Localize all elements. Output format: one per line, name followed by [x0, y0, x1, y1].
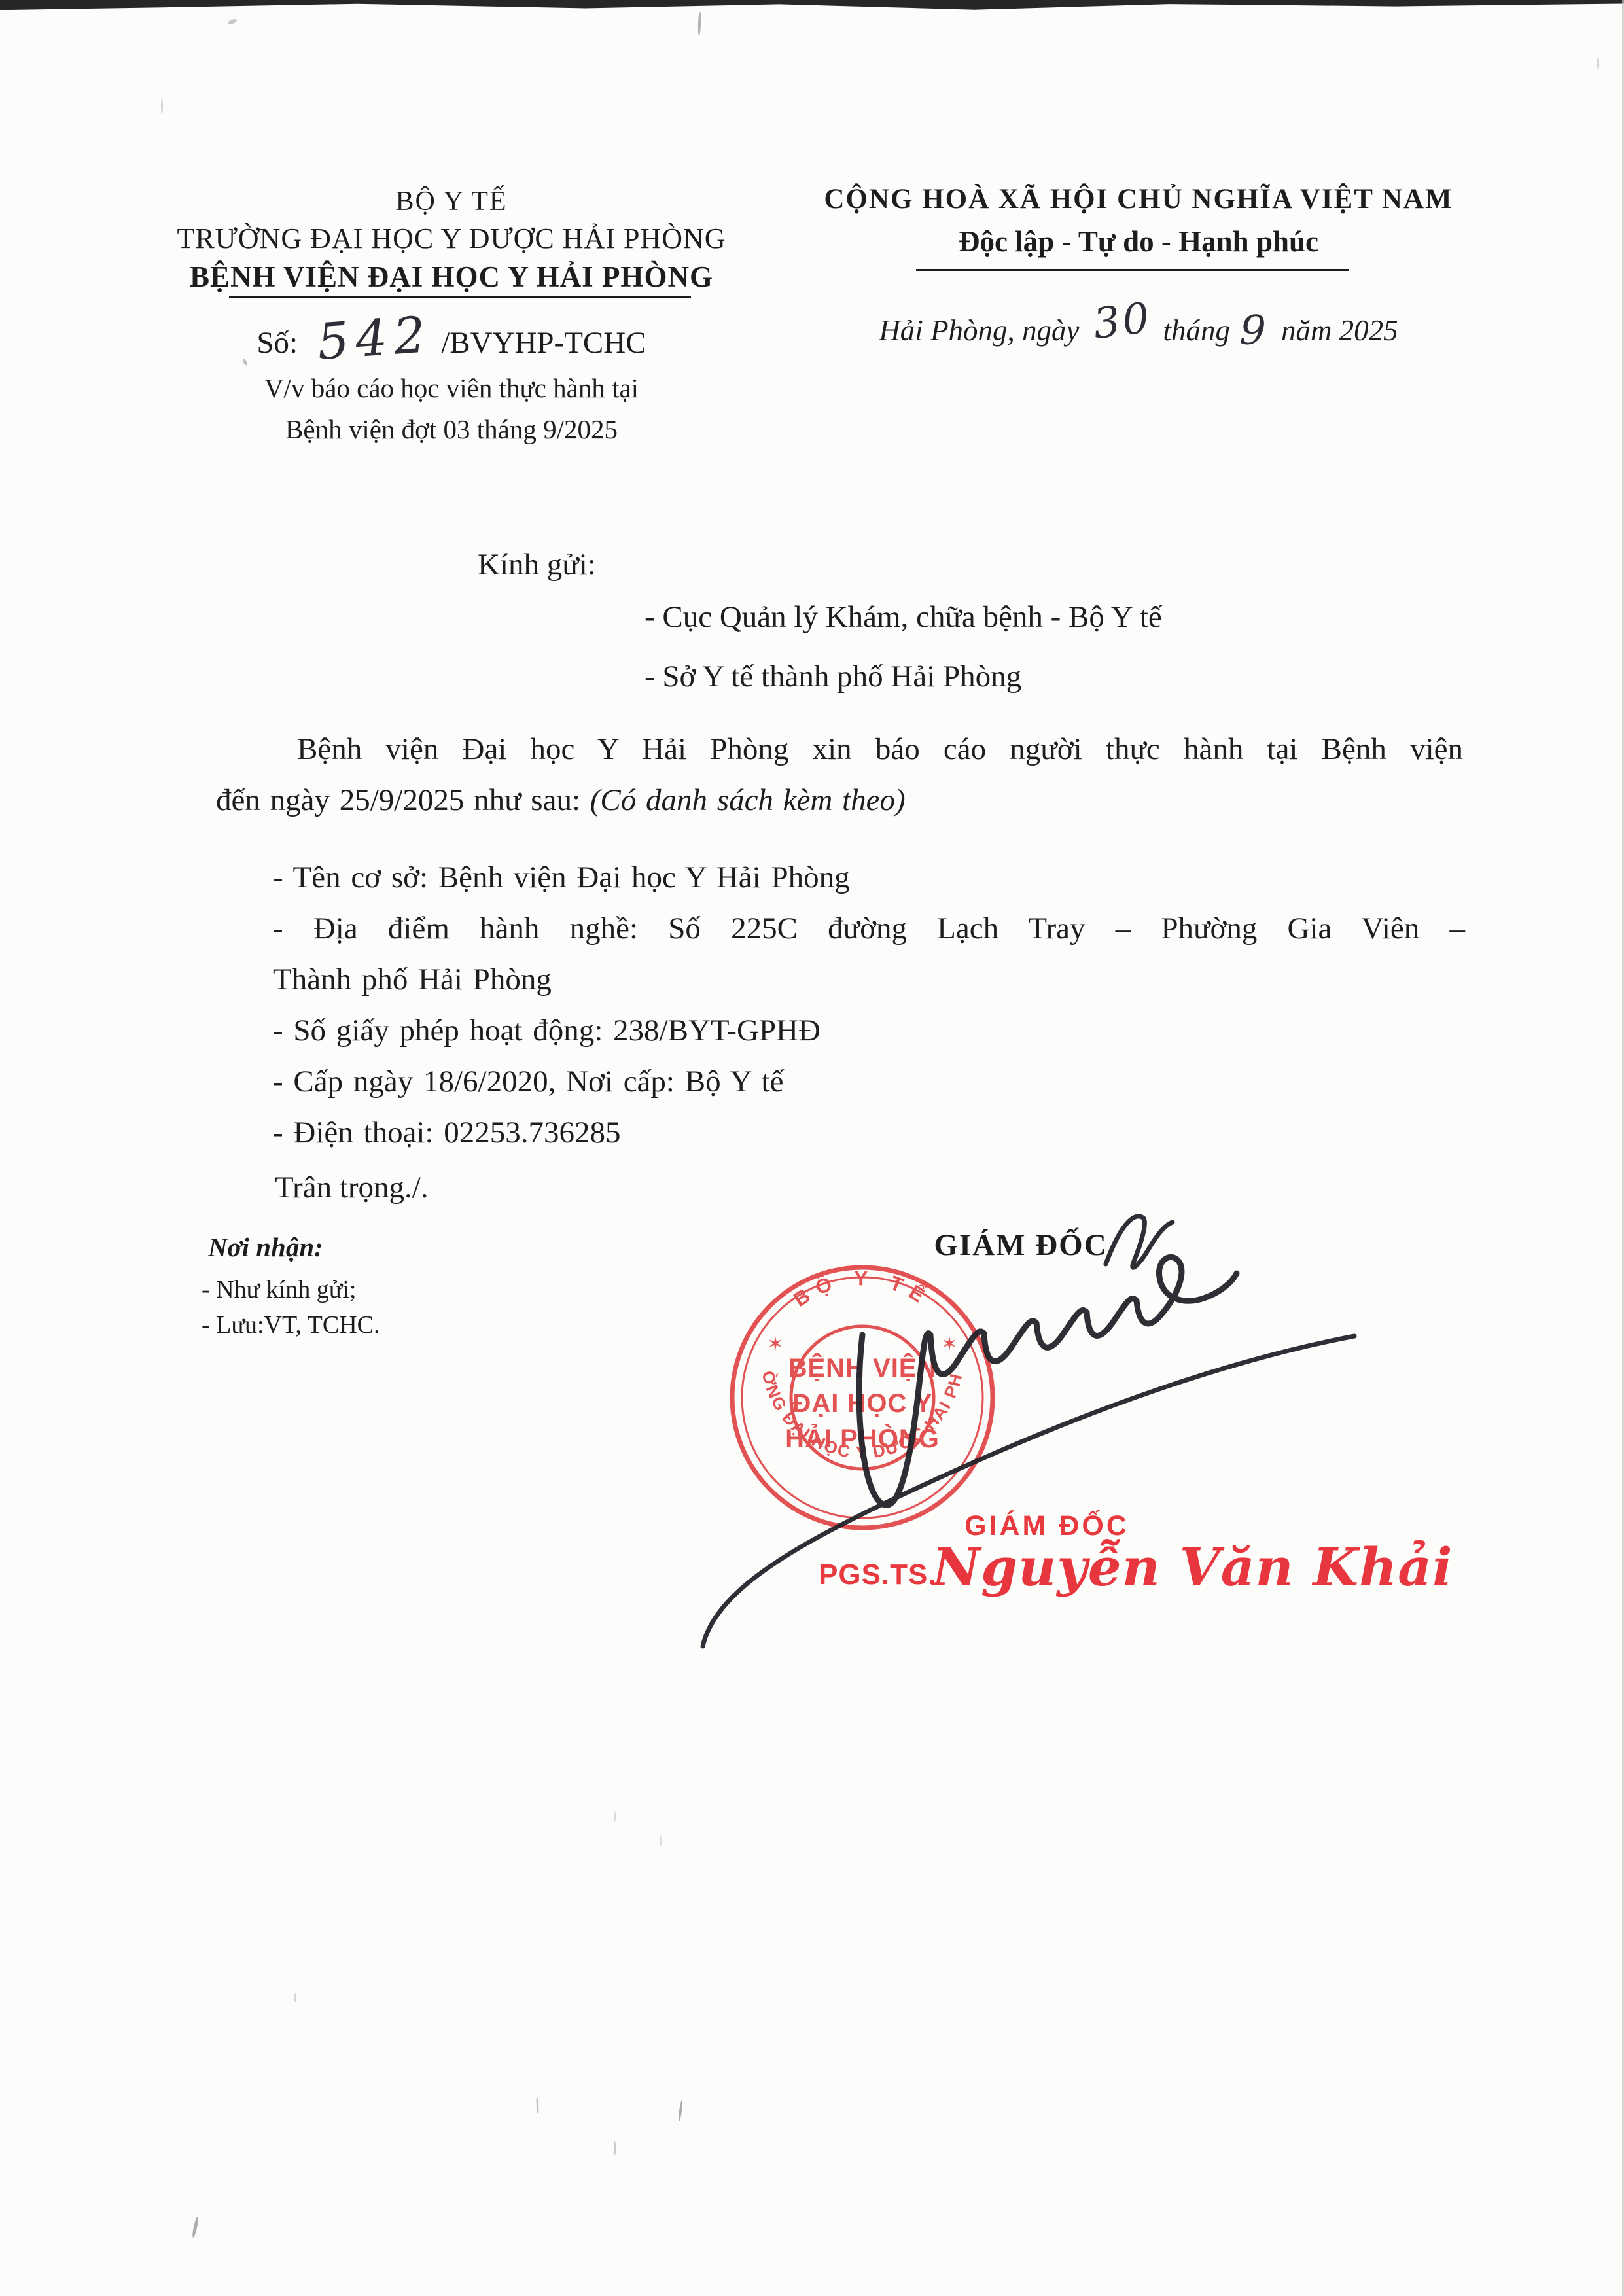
scan-speck [660, 1836, 662, 1846]
body-paragraph-line-1: Bệnh viện Đại học Y Hải Phòng xin báo cá… [216, 724, 1463, 775]
issuer-header: BỘ Y TẾ TRƯỜNG ĐẠI HỌC Y DƯỢC HẢI PHÒNG … [121, 183, 782, 296]
info-line-address-2: Thành phố Hải Phòng [273, 954, 1465, 1005]
recipients-list: - Cục Quản lý Khám, chữa bệnh - Bộ Y tế … [644, 588, 1162, 707]
university-name: TRƯỜNG ĐẠI HỌC Y DƯỢC HẢI PHÒNG [121, 220, 782, 258]
ministry-name: BỘ Y TẾ [121, 183, 782, 220]
document-number-label: Số: [256, 325, 298, 361]
info-line-license: - Số giấy phép hoạt động: 238/BYT-GPHĐ [273, 1005, 1465, 1056]
scanned-official-letter: BỘ Y TẾ TRƯỜNG ĐẠI HỌC Y DƯỢC HẢI PHÒNG … [0, 0, 1624, 2296]
recipient-item: - Cục Quản lý Khám, chữa bệnh - Bộ Y tế [644, 588, 1162, 647]
scan-speck [192, 2217, 200, 2238]
scan-speck [1597, 58, 1599, 69]
copy-recipient-item: - Lưu:VT, TCHC. [202, 1307, 380, 1343]
national-header: CỘNG HOÀ XÃ HỘI CHỦ NGHĨA VIỆT NAM Độc l… [782, 182, 1495, 260]
recipient-item: - Sở Y tế thành phố Hải Phòng [644, 647, 1162, 707]
info-line-phone: - Điện thoại: 02253.736285 [273, 1107, 1465, 1158]
date-mid: tháng [1163, 314, 1230, 347]
date-month-handwritten: 9 [1239, 306, 1267, 355]
document-number-handwritten: 542 [315, 305, 434, 371]
scan-speck [536, 2097, 539, 2114]
info-line-address-1: - Địa điểm hành nghề: Số 225C đường Lạch… [273, 903, 1465, 954]
document-number-line: Số: 542 /BVYHP-TCHC [121, 306, 782, 364]
copy-recipients-label: Nơi nhận: [208, 1231, 323, 1263]
hospital-name: BỆNH VIỆN ĐẠI HỌC Y HẢI PHÒNG [121, 258, 782, 296]
info-line-facility-name: - Tên cơ sở: Bệnh viện Đại học Y Hải Phò… [273, 852, 1465, 903]
scan-speck [161, 98, 163, 114]
subject-line-1: V/v báo cáo học viên thực hành tại [121, 368, 782, 409]
facility-info-list: - Tên cơ sở: Bệnh viện Đại học Y Hải Phò… [273, 852, 1465, 1158]
recipients-label: Kính gửi: [478, 547, 596, 582]
scan-speck [697, 12, 701, 35]
body-paragraph-line-2-text: đến ngày 25/9/2025 như sau: [216, 783, 590, 817]
date-suffix: năm 2025 [1281, 314, 1398, 347]
info-line-issue-date: - Cấp ngày 18/6/2020, Nơi cấp: Bộ Y tế [273, 1056, 1465, 1107]
copy-recipient-item: - Như kính gửi; [202, 1272, 380, 1307]
handwritten-signature [654, 1197, 1413, 1695]
national-motto: Độc lập - Tự do - Hạnh phúc [782, 222, 1495, 260]
motto-underline [916, 269, 1349, 271]
issuer-underline [229, 296, 691, 298]
scan-speck [294, 1993, 296, 2002]
body-paragraph-line-2: đến ngày 25/9/2025 như sau: (Có danh sác… [216, 775, 1463, 826]
closing-phrase: Trân trọng./. [275, 1170, 429, 1205]
date-day-handwritten: 30 [1091, 294, 1155, 349]
subject-line-2: Bệnh viện đợt 03 tháng 9/2025 [121, 409, 782, 450]
date-prefix: Hải Phòng, ngày [879, 314, 1079, 347]
scan-speck [227, 18, 237, 25]
document-number-suffix: /BVYHP-TCHC [441, 325, 646, 361]
attachment-note: (Có danh sách kèm theo) [590, 783, 906, 817]
body-paragraph: Bệnh viện Đại học Y Hải Phòng xin báo cá… [216, 724, 1463, 826]
scan-speck [614, 1811, 616, 1822]
scan-speck [614, 2141, 616, 2155]
national-title: CỘNG HOÀ XÃ HỘI CHỦ NGHĨA VIỆT NAM [782, 182, 1495, 217]
copy-recipients-list: - Như kính gửi; - Lưu:VT, TCHC. [202, 1272, 380, 1343]
signature-tail [703, 1336, 1354, 1646]
scan-edge-artifact-top [0, 0, 1624, 10]
place-date-line: Hải Phòng, ngày 30 tháng 9 năm 2025 [782, 302, 1495, 351]
scan-speck [678, 2100, 683, 2121]
subject-block: V/v báo cáo học viên thực hành tại Bệnh … [121, 368, 782, 450]
